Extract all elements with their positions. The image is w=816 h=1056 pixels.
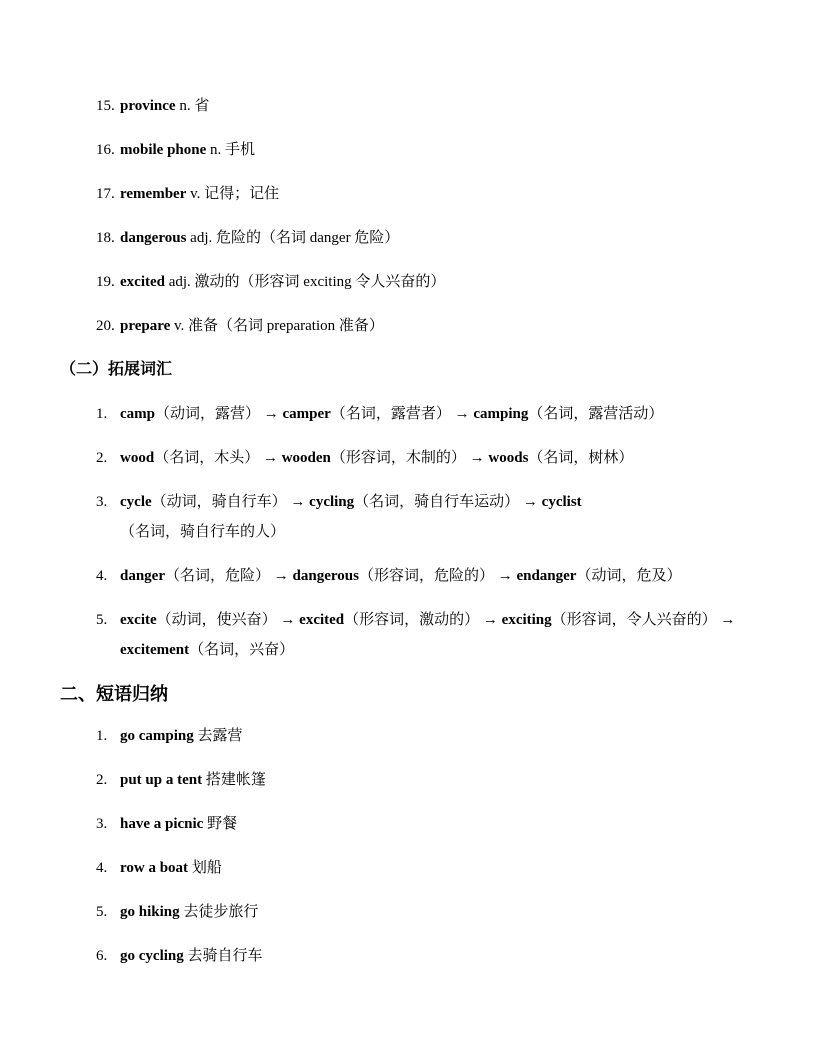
document-page: { "page": { "background": "#ffffff", "te…: [0, 0, 816, 1056]
phrase-item-4: 4. row a boat 划船: [60, 853, 740, 883]
item-number: 16.: [96, 135, 115, 165]
item-number: 6.: [96, 941, 107, 971]
item-text: danger（名词，危险） → dangerous（形容词，危险的） → end…: [120, 568, 681, 584]
item-number: 17.: [96, 179, 115, 209]
vocab-item-17: 17. remember v. 记得；记住: [60, 179, 740, 209]
item-number: 18.: [96, 223, 115, 253]
item-number: 2.: [96, 443, 107, 473]
item-number: 4.: [96, 853, 107, 883]
expansion-list: 1. camp（动词，露营） → camper（名词，露营者） → campin…: [60, 399, 740, 665]
item-text: put up a tent 搭建帐篷: [120, 772, 266, 788]
item-text: province n. 省: [120, 98, 209, 114]
phrase-item-2: 2. put up a tent 搭建帐篷: [60, 765, 740, 795]
expansion-item-3: 3. cycle（动词，骑自行车） → cycling（名词，骑自行车运动） →…: [60, 487, 740, 547]
item-text: have a picnic 野餐: [120, 816, 237, 832]
item-number: 19.: [96, 267, 115, 297]
vocab-item-18: 18. dangerous adj. 危险的（名词 danger 危险）: [60, 223, 740, 253]
phrases-section-heading: 二、短语归纳: [60, 679, 740, 709]
item-number: 3.: [96, 487, 107, 517]
item-text: go camping 去露营: [120, 728, 243, 744]
expansion-item-5: 5. excite（动词，使兴奋） → excited（形容词，激动的） → e…: [60, 605, 740, 665]
item-number: 15.: [96, 91, 115, 121]
item-text: go hiking 去徒步旅行: [120, 904, 258, 920]
expansion-item-2: 2. wood（名词，木头） → wooden（形容词，木制的） → woods…: [60, 443, 740, 473]
item-text: prepare v. 准备（名词 preparation 准备）: [120, 318, 384, 334]
item-text: remember v. 记得；记住: [120, 186, 279, 202]
item-number: 2.: [96, 765, 107, 795]
item-number: 1.: [96, 721, 107, 751]
item-number: 4.: [96, 561, 107, 591]
expansion-item-4: 4. danger（名词，危险） → dangerous（形容词，危险的） → …: [60, 561, 740, 591]
item-text: go cycling 去骑自行车: [120, 948, 263, 964]
item-text: excited adj. 激动的（形容词 exciting 令人兴奋的）: [120, 274, 445, 290]
vocab-item-16: 16. mobile phone n. 手机: [60, 135, 740, 165]
item-number: 5.: [96, 605, 107, 635]
phrase-item-1: 1. go camping 去露营: [60, 721, 740, 751]
expansion-item-1: 1. camp（动词，露营） → camper（名词，露营者） → campin…: [60, 399, 740, 429]
phrases-list: 1. go camping 去露营 2. put up a tent 搭建帐篷 …: [60, 721, 740, 971]
phrase-item-5: 5. go hiking 去徒步旅行: [60, 897, 740, 927]
item-text: wood（名词，木头） → wooden（形容词，木制的） → woods（名词…: [120, 450, 633, 466]
vocab-item-15: 15. province n. 省: [60, 91, 740, 121]
item-number: 20.: [96, 311, 115, 341]
phrase-item-3: 3. have a picnic 野餐: [60, 809, 740, 839]
item-text: dangerous adj. 危险的（名词 danger 危险）: [120, 230, 399, 246]
phrase-item-6: 6. go cycling 去骑自行车: [60, 941, 740, 971]
item-text: row a boat 划船: [120, 860, 222, 876]
item-number: 3.: [96, 809, 107, 839]
vocab-item-19: 19. excited adj. 激动的（形容词 exciting 令人兴奋的）: [60, 267, 740, 297]
item-text: camp（动词，露营） → camper（名词，露营者） → camping（名…: [120, 406, 663, 422]
vocab-list: 15. province n. 省 16. mobile phone n. 手机…: [60, 91, 740, 341]
item-text: cycle（动词，骑自行车） → cycling（名词，骑自行车运动） → cy…: [120, 494, 582, 540]
expansion-section-heading: （二）拓展词汇: [60, 355, 740, 385]
item-text: excite（动词，使兴奋） → excited（形容词，激动的） → exci…: [120, 612, 735, 658]
item-number: 1.: [96, 399, 107, 429]
vocab-item-20: 20. prepare v. 准备（名词 preparation 准备）: [60, 311, 740, 341]
item-text: mobile phone n. 手机: [120, 142, 255, 158]
item-number: 5.: [96, 897, 107, 927]
